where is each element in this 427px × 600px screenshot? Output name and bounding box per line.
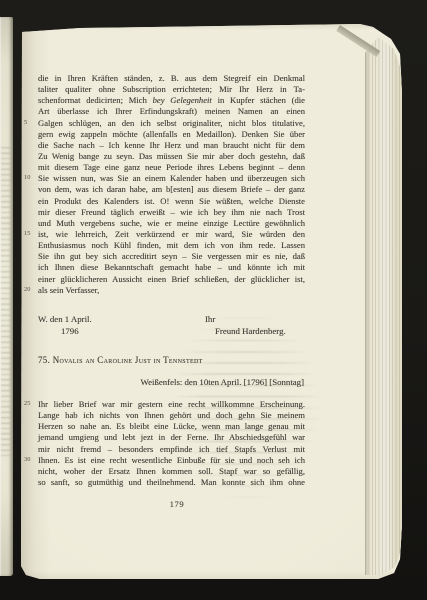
letter-75-paragraph: 25 Ihr lieber Brief war mir gestern eine… bbox=[38, 399, 305, 488]
text-line-content: mir nicht fremd – besonders empfinde ich… bbox=[38, 444, 305, 455]
text-line-content: mit diesem Tage eine ganz neue Periode i… bbox=[38, 162, 305, 173]
text-line: einer glücklicheren Aussicht einen Brief… bbox=[38, 274, 305, 285]
closing-salutation: Ihr bbox=[205, 314, 215, 326]
text-line: Sie ihn gut bey sich accreditirt seyn – … bbox=[38, 251, 305, 262]
text-line: taliter qualiter ohne Subscription erric… bbox=[38, 84, 305, 95]
book-page: die in Ihren Kräften ständen, z. B. aus … bbox=[20, 24, 402, 579]
text-line-content: Lange hab ich nichts von Ihnen gehört un… bbox=[38, 410, 305, 421]
text-line-content: als sein Verfasser, bbox=[38, 285, 305, 296]
text-line: nicht, woher der Ersatz Ihnen kommen sol… bbox=[38, 466, 305, 477]
page-corner-crease bbox=[336, 25, 380, 57]
text-line: 25 Ihr lieber Brief war mir gestern eine… bbox=[38, 399, 305, 410]
text-line-content: nicht, woher der Ersatz Ihnen kommen sol… bbox=[38, 466, 305, 477]
text-line-content: schenformat dedicirten; Mich bey Gelegen… bbox=[38, 95, 305, 106]
text-line-content: jemand umgieng und lebt jezt in der Fern… bbox=[38, 432, 305, 443]
text-line-content: taliter qualiter ohne Subscription erric… bbox=[38, 84, 305, 95]
text-line-content: ein Produkt des Kalenders ist. O! wenn S… bbox=[38, 196, 305, 207]
text-line: ein Produkt des Kalenders ist. O! wenn S… bbox=[38, 196, 305, 207]
text-line-content: und Muth vergebens suche, wie er meine e… bbox=[38, 218, 305, 229]
margin-line-number: 15 bbox=[24, 231, 30, 237]
page-number: 179 bbox=[38, 499, 305, 509]
text-line-content: ich Ihnen diese Bekanntschaft gemacht ha… bbox=[38, 262, 305, 273]
text-line: die Sache nach – Ich kenne Ihr Herz und … bbox=[38, 140, 305, 151]
text-line: mir dieser Freund täglich erweißt – wie … bbox=[38, 207, 305, 218]
text-line-content: Zu Wenig bange zu seyn. Das müssen Sie m… bbox=[38, 151, 305, 162]
text-line: schenformat dedicirten; Mich bey Gelegen… bbox=[38, 95, 305, 106]
text-line-content: ist, wie lehrreich, Zeit verkürzend er m… bbox=[38, 229, 305, 240]
text-line-content: Galgen schlügen, an den ich selbst origi… bbox=[38, 118, 305, 129]
text-line: 20 als sein Verfasser, bbox=[38, 285, 305, 296]
letter-75-heading: 75. Novalis an Caroline Just in Tennsted… bbox=[38, 355, 305, 365]
text-line: 10 Sie wissen nun, was Sie an einem Kale… bbox=[38, 173, 305, 184]
text-line: die in Ihren Kräften ständen, z. B. aus … bbox=[38, 73, 305, 84]
letter-closing: W. den 1 April. 1796 Ihr Freund Hardenbe… bbox=[38, 314, 305, 340]
facing-page-edge bbox=[0, 17, 13, 576]
letter-75-dateline: Weißenfels: den 10ten April. [1796] [Son… bbox=[38, 377, 304, 387]
letter-74-continuation-paragraph: die in Ihren Kräften ständen, z. B. aus … bbox=[38, 73, 305, 296]
text-line: 15 ist, wie lehrreich, Zeit verkürzend e… bbox=[38, 229, 305, 240]
text-line: von dem, was ich daran habe, am b[esten]… bbox=[38, 184, 305, 195]
closing-year: 1796 bbox=[61, 326, 79, 338]
text-line-content: Enthusiasmus noch Kühl finden, mit dem i… bbox=[38, 240, 305, 251]
text-line-content: von dem, was ich daran habe, am b[esten]… bbox=[38, 184, 305, 195]
text-line-content: einer glücklicheren Aussicht einen Brief… bbox=[38, 274, 305, 285]
text-line-content: Sie ihn gut bey sich accreditirt seyn – … bbox=[38, 251, 305, 262]
closing-place-date: W. den 1 April. bbox=[38, 314, 92, 326]
text-line: 5 Galgen schlügen, an den ich selbst ori… bbox=[38, 118, 305, 129]
text-line-content: Ihnen. Es ist eine recht wesentliche Ein… bbox=[38, 455, 305, 466]
margin-line-number: 5 bbox=[24, 120, 27, 126]
text-line: ich Ihnen diese Bekanntschaft gemacht ha… bbox=[38, 262, 305, 273]
text-line: Art überlasse ich Ihrer Erfindungskraft)… bbox=[38, 106, 305, 117]
text-line: mit diesem Tage eine ganz neue Periode i… bbox=[38, 162, 305, 173]
text-line: mir nicht fremd – besonders empfinde ich… bbox=[38, 444, 305, 455]
text-line: jemand umgieng und lebt jezt in der Fern… bbox=[38, 432, 305, 443]
text-line-content: Herzen so nahe an. Es bleibt eine Lücke,… bbox=[38, 421, 305, 432]
text-line: gern ewig zappeln möchte (allenfalls en … bbox=[38, 129, 305, 140]
text-line-content: die Sache nach – Ich kenne Ihr Herz und … bbox=[38, 140, 305, 151]
text-line: und Muth vergebens suche, wie er meine e… bbox=[38, 218, 305, 229]
margin-line-number: 25 bbox=[24, 401, 30, 407]
scanned-book-photo: { "book_page": { "page_number": "179", "… bbox=[0, 0, 427, 600]
text-line-content: die in Ihren Kräften ständen, z. B. aus … bbox=[38, 73, 305, 84]
text-line-content: so sanft, so gutmüthig und theilnehmend.… bbox=[38, 477, 305, 488]
margin-line-number: 30 bbox=[24, 457, 30, 463]
text-line-content: Ihr lieber Brief war mir gestern eine re… bbox=[38, 399, 305, 410]
text-line: 30 Ihnen. Es ist eine recht wesentliche … bbox=[38, 455, 305, 466]
text-line: Herzen so nahe an. Es bleibt eine Lücke,… bbox=[38, 421, 305, 432]
text-line: Zu Wenig bange zu seyn. Das müssen Sie m… bbox=[38, 151, 305, 162]
text-line-content: Art überlasse ich Ihrer Erfindungskraft)… bbox=[38, 106, 305, 117]
page-stack-fore-edge bbox=[365, 29, 402, 575]
closing-signature: Freund Hardenberg. bbox=[215, 326, 286, 338]
text-line-content: Sie wissen nun, was Sie an einem Kalende… bbox=[38, 173, 305, 184]
text-line-content: gern ewig zappeln möchte (allenfalls en … bbox=[38, 129, 305, 140]
margin-line-number: 10 bbox=[24, 175, 30, 181]
text-line: Lange hab ich nichts von Ihnen gehört un… bbox=[38, 410, 305, 421]
text-line: Enthusiasmus noch Kühl finden, mit dem i… bbox=[38, 240, 305, 251]
text-line-content: mir dieser Freund täglich erweißt – wie … bbox=[38, 207, 305, 218]
text-line: so sanft, so gutmüthig und theilnehmend.… bbox=[38, 477, 305, 488]
margin-line-number: 20 bbox=[24, 287, 30, 293]
